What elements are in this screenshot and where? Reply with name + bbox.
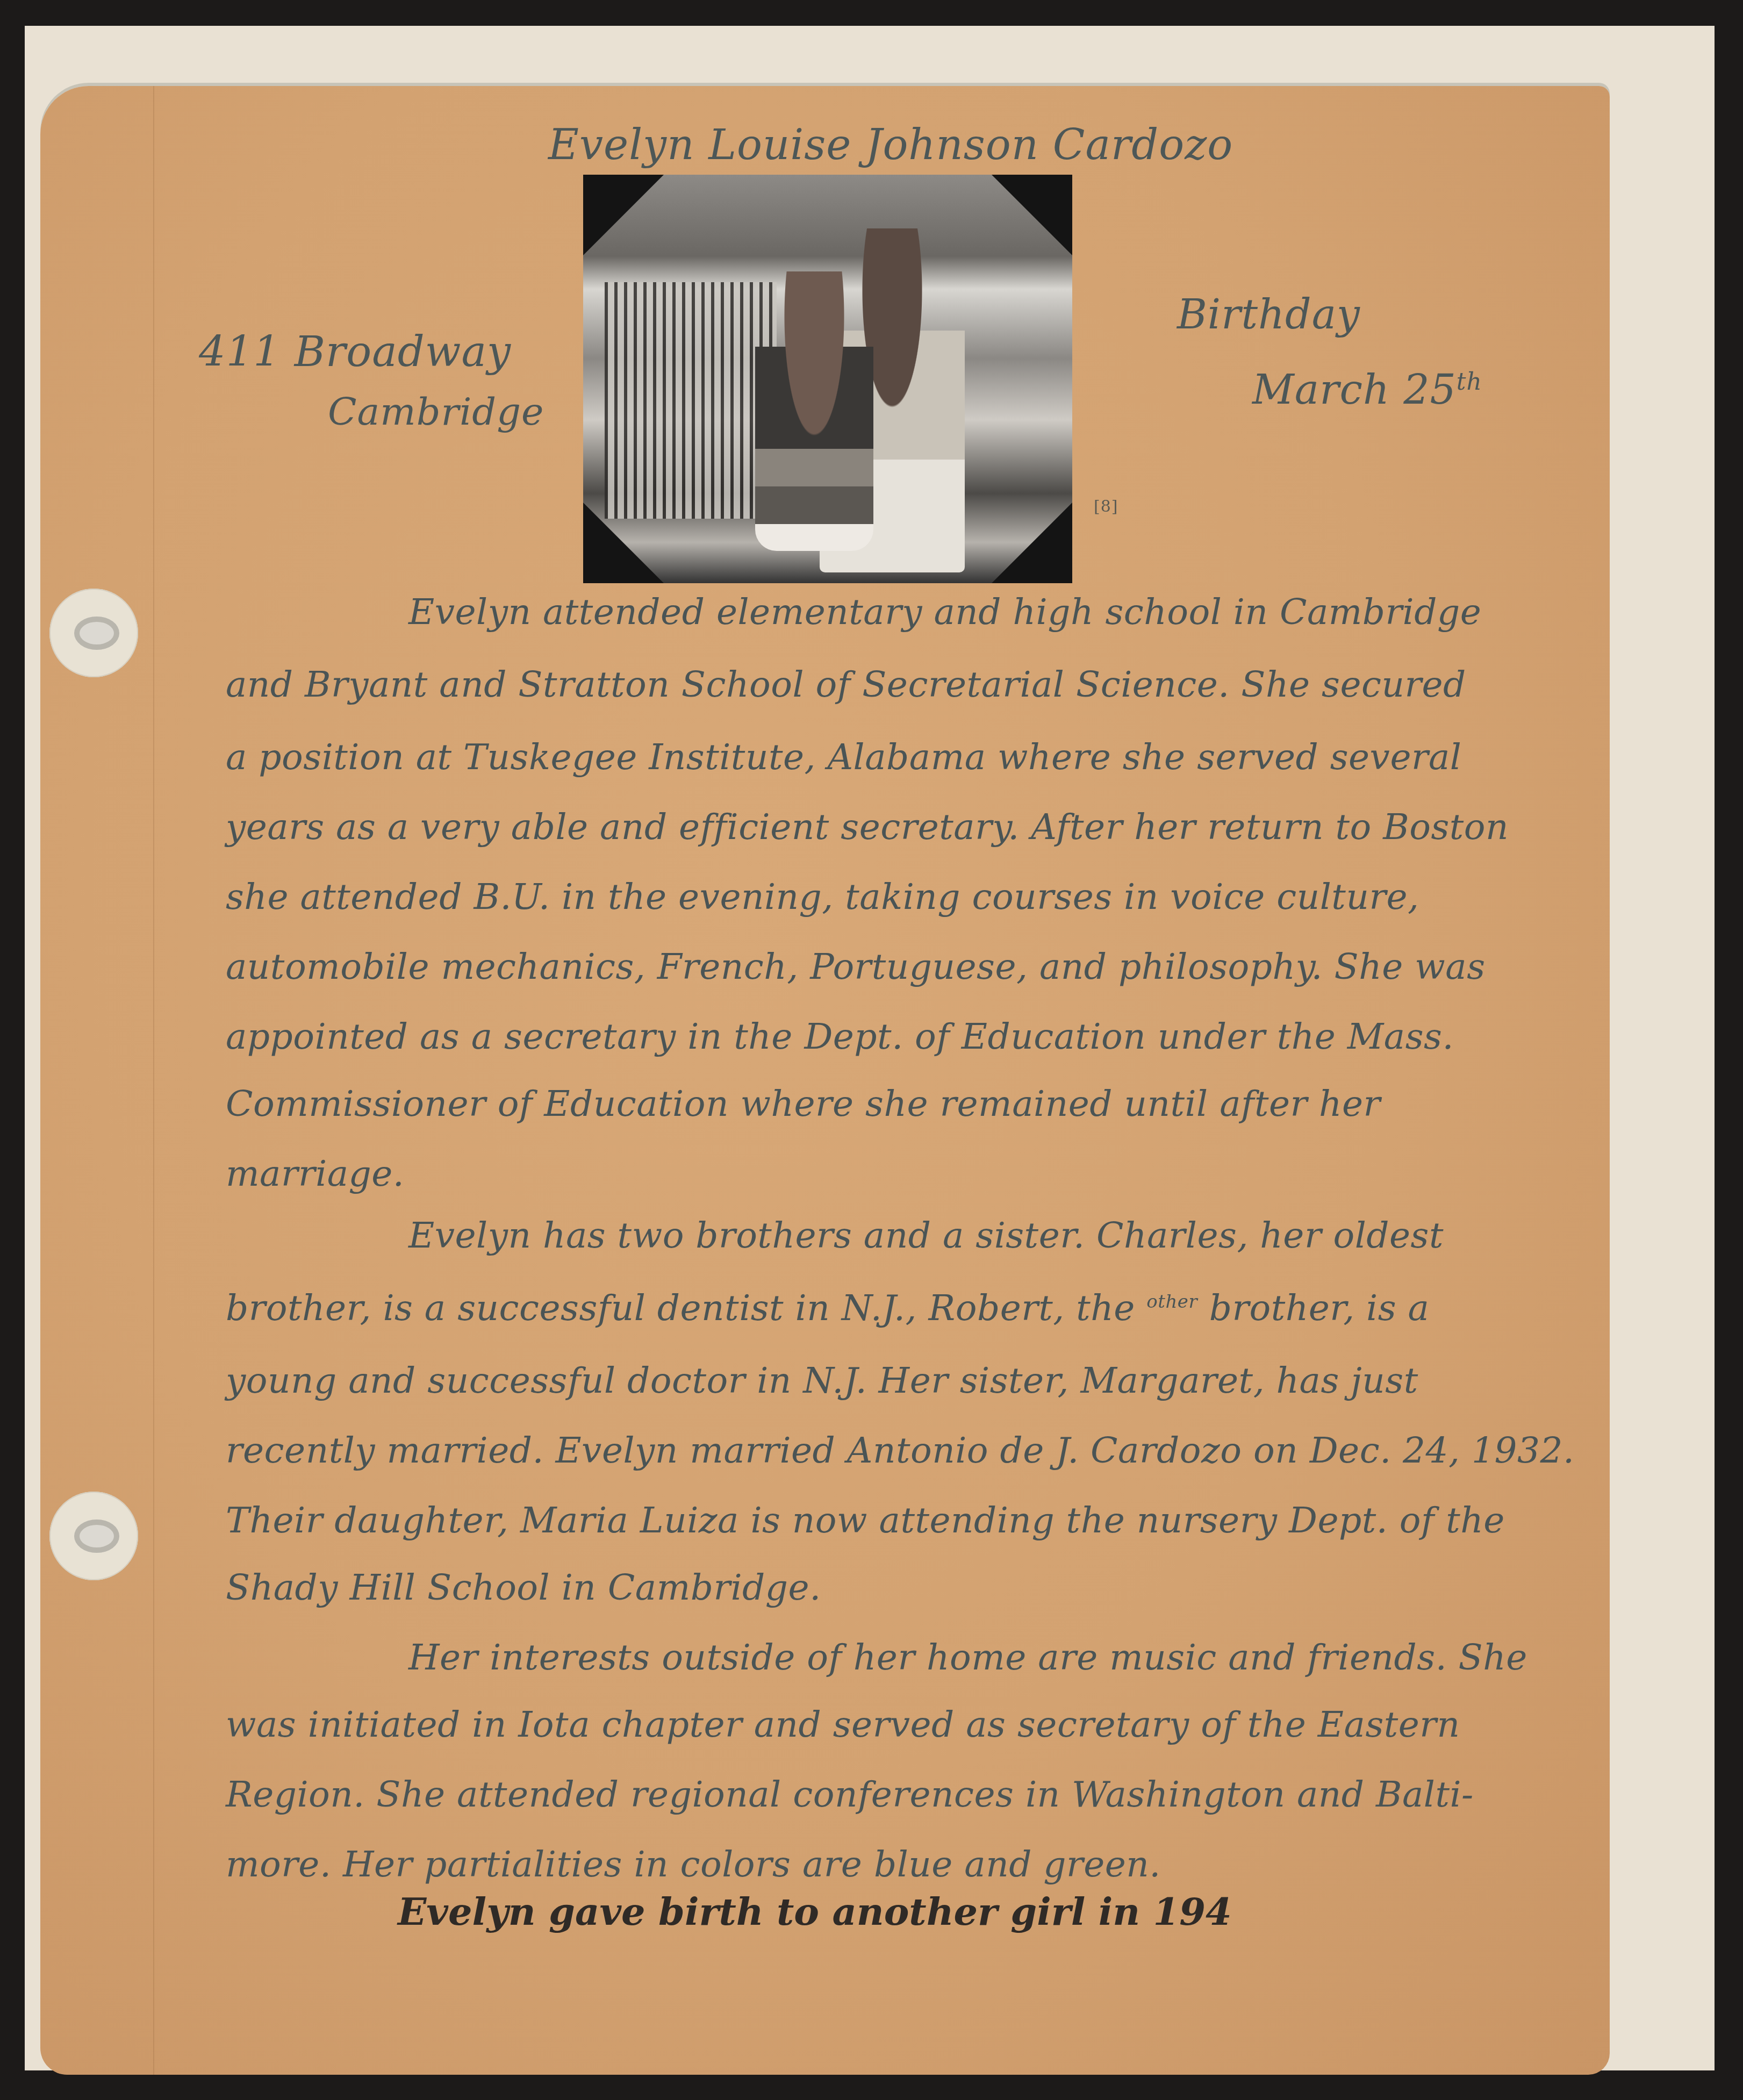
body-line: recently married. Evelyn married Antonio… xyxy=(226,1430,1575,1471)
pencil-page-number: [8] xyxy=(1094,497,1118,516)
body-line: Her interests outside of her home are mu… xyxy=(408,1637,1527,1678)
page-title: Evelyn Louise Johnson Cardozo xyxy=(548,121,1233,169)
mounted-photograph xyxy=(583,175,1072,583)
body-line: was initiated in Iota chapter and served… xyxy=(226,1704,1460,1745)
body-line: automobile mechanics, French, Portuguese… xyxy=(226,946,1486,987)
body-line: marriage. xyxy=(226,1153,404,1194)
body-line-part: brother, is a successful dentist in N.J.… xyxy=(226,1287,1146,1329)
binder-hole-reinforcement-bottom xyxy=(49,1492,138,1580)
photo-child-figure xyxy=(755,271,873,551)
body-line: brother, is a successful dentist in N.J.… xyxy=(226,1287,1429,1329)
body-line-part: brother, is a xyxy=(1209,1287,1430,1329)
binder-hole-icon xyxy=(74,617,119,650)
photo-corner-icon xyxy=(992,503,1072,583)
photo-corner-icon xyxy=(583,175,664,255)
body-line: years as a very able and efficient secre… xyxy=(226,806,1509,848)
body-line: a position at Tuskegee Institute, Alabam… xyxy=(226,736,1461,778)
photo-corner-icon xyxy=(992,175,1072,255)
body-line: Commissioner of Education where she rema… xyxy=(226,1083,1381,1124)
later-handwritten-addition: Evelyn gave birth to another girl in 194 xyxy=(398,1889,1232,1934)
address-line-1: 411 Broadway xyxy=(199,328,511,376)
inserted-word: other xyxy=(1146,1291,1197,1313)
address-line-2: Cambridge xyxy=(328,390,544,434)
body-line: Evelyn has two brothers and a sister. Ch… xyxy=(408,1215,1444,1256)
birthday-date-suffix: th xyxy=(1457,368,1482,396)
binder-hole-reinforcement-top xyxy=(49,589,138,677)
body-line: Shady Hill School in Cambridge. xyxy=(226,1567,821,1608)
body-line: more. Her partialities in colors are blu… xyxy=(226,1844,1161,1885)
body-line: Evelyn attended elementary and high scho… xyxy=(408,591,1481,633)
porch-railing xyxy=(605,282,777,519)
body-line: young and successful doctor in N.J. Her … xyxy=(226,1360,1418,1401)
birthday-date: March 25th xyxy=(1252,365,1482,413)
birthday-date-text: March 25 xyxy=(1252,365,1457,413)
body-line: Region. She attended regional conference… xyxy=(226,1774,1474,1815)
body-line: she attended B.U. in the evening, taking… xyxy=(226,876,1419,918)
body-line: Their daughter, Maria Luiza is now atten… xyxy=(226,1500,1505,1541)
body-line: appointed as a secretary in the Dept. of… xyxy=(226,1016,1454,1057)
body-line: and Bryant and Stratton School of Secret… xyxy=(226,664,1466,705)
birthday-label: Birthday xyxy=(1177,290,1360,338)
binder-hole-icon xyxy=(74,1520,119,1553)
